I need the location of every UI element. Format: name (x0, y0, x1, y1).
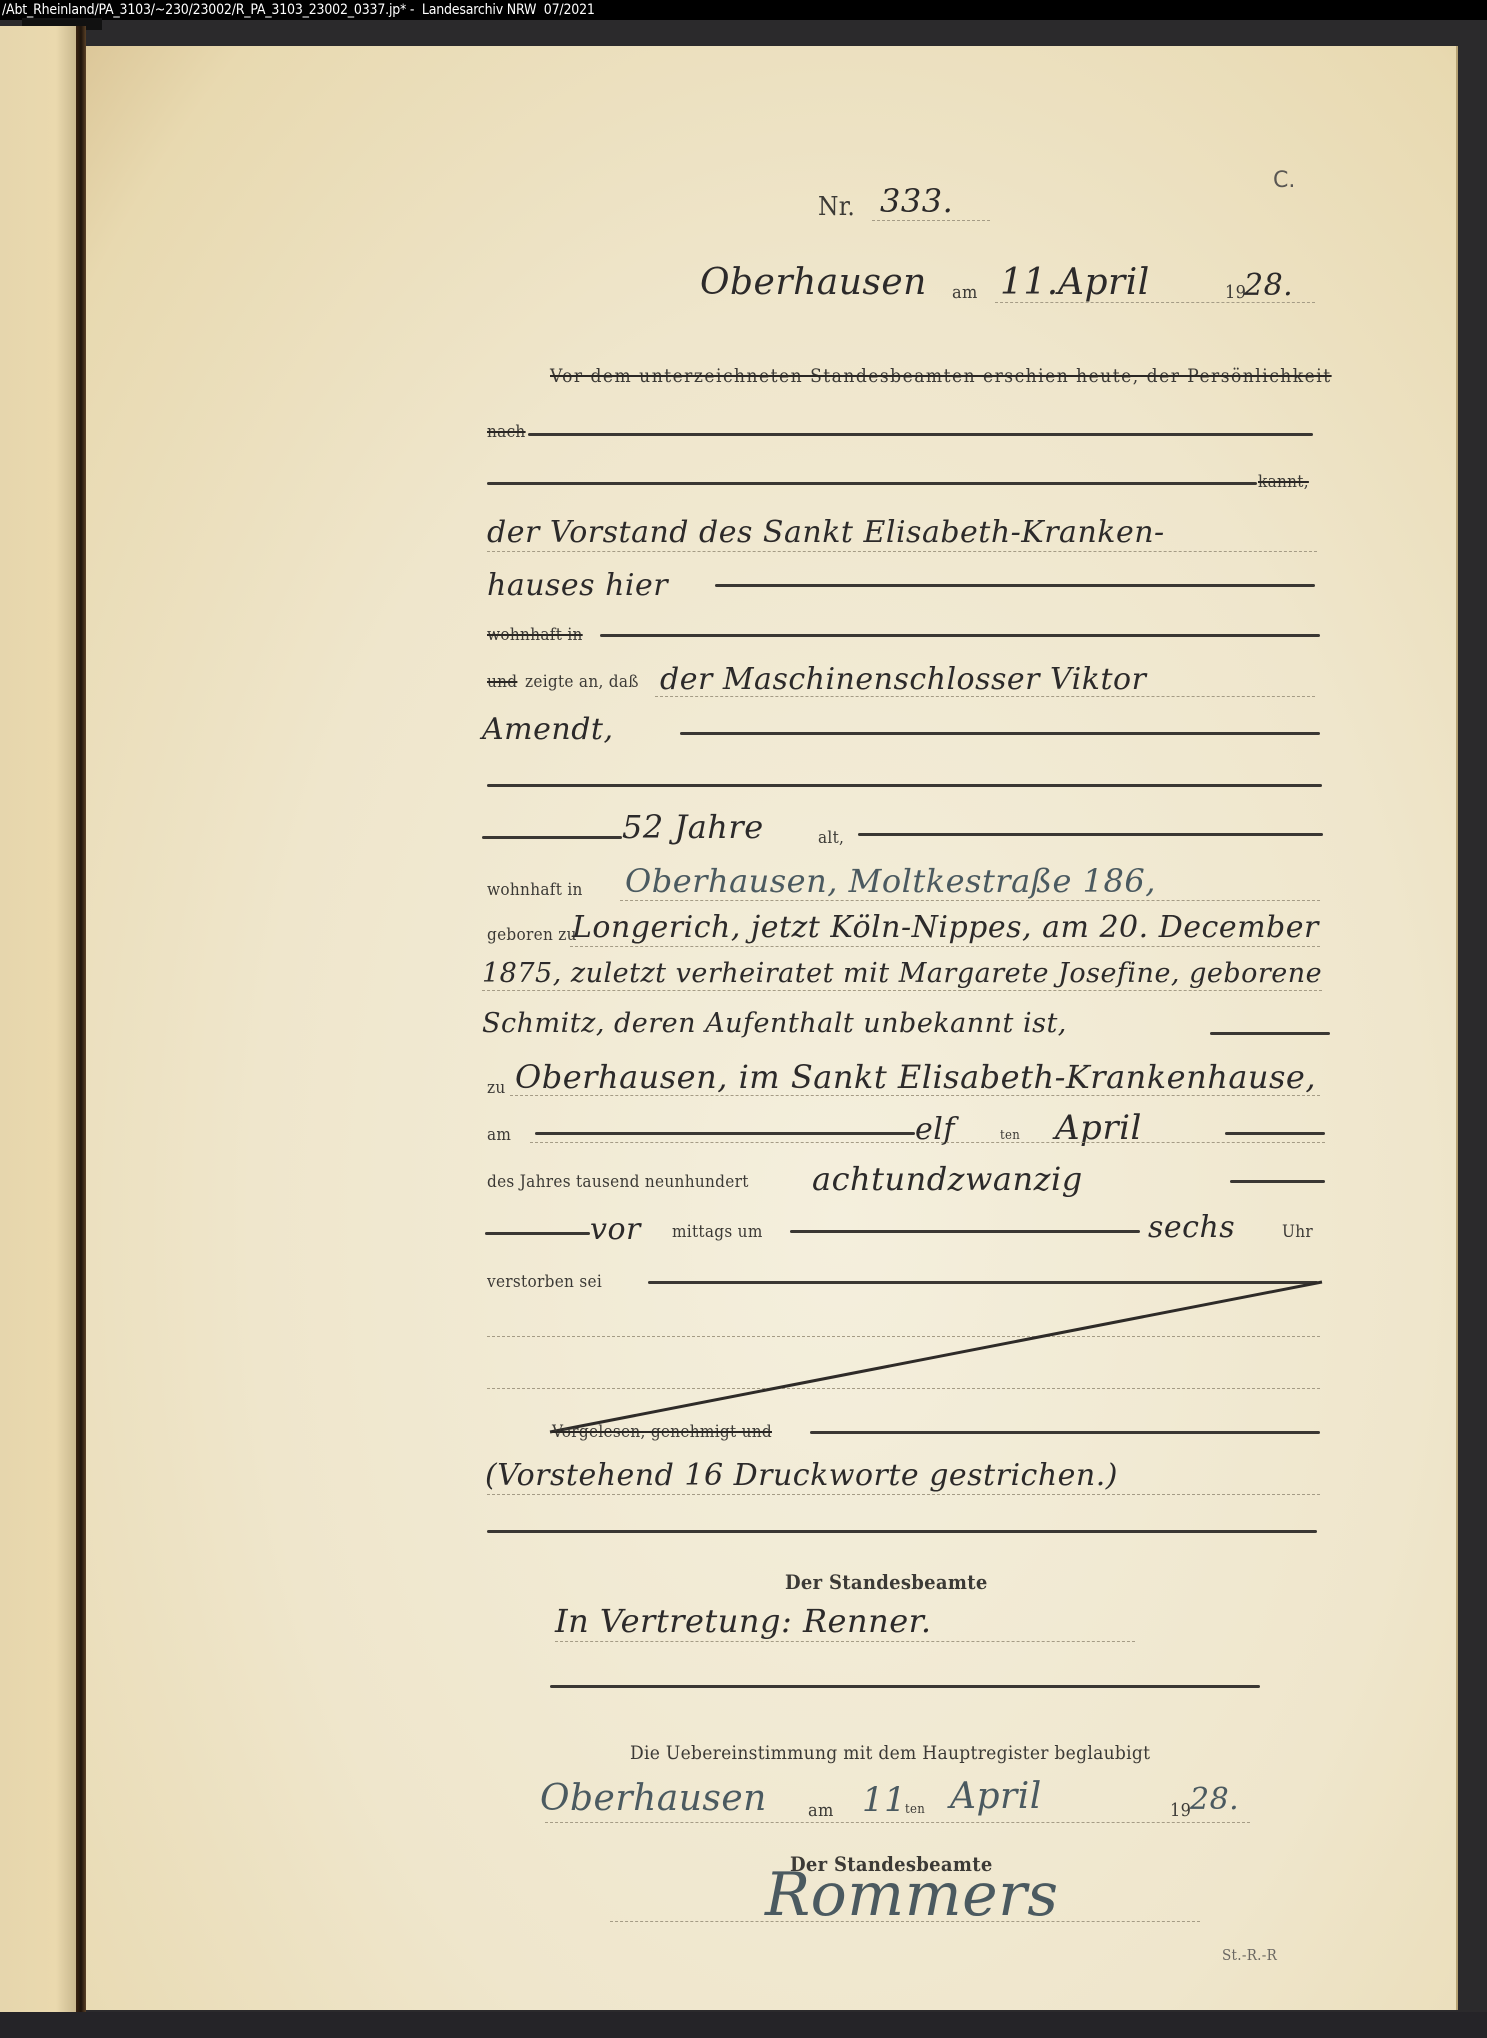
cert-year-prefix: 19 (1170, 1800, 1191, 1821)
strike-line (810, 1431, 1320, 1434)
correction-note: (Vorstehend 16 Druckworte gestrichen.) (485, 1458, 1118, 1493)
z-strike-mark (0, 0, 1487, 2038)
fill-line (550, 1685, 1260, 1688)
cert-month: April (950, 1776, 1042, 1817)
dotted-line (487, 1494, 1320, 1495)
cert-day: 11 (862, 1780, 906, 1820)
certification-text: Die Uebereinstimmung mit dem Hauptregist… (630, 1742, 1150, 1764)
dotted-line (610, 1921, 1200, 1922)
cert-ten-label: ten (905, 1802, 925, 1817)
cert-year-suffix: 28. (1190, 1782, 1239, 1817)
struck-vorgelesen: Vorgelesen, genehmigt und (552, 1422, 772, 1442)
form-code: St.-R.-R (1222, 1946, 1277, 1964)
cert-signature: Rommers (765, 1860, 1059, 1930)
signature-title: Der Standesbeamte (785, 1570, 988, 1594)
cert-am-label: am (808, 1800, 834, 1821)
dotted-line (545, 1822, 1250, 1823)
dotted-line (555, 1641, 1135, 1642)
cert-place: Oberhausen (540, 1778, 767, 1819)
official-signature: In Vertretung: Renner. (555, 1602, 932, 1640)
fill-line (487, 1530, 1317, 1533)
